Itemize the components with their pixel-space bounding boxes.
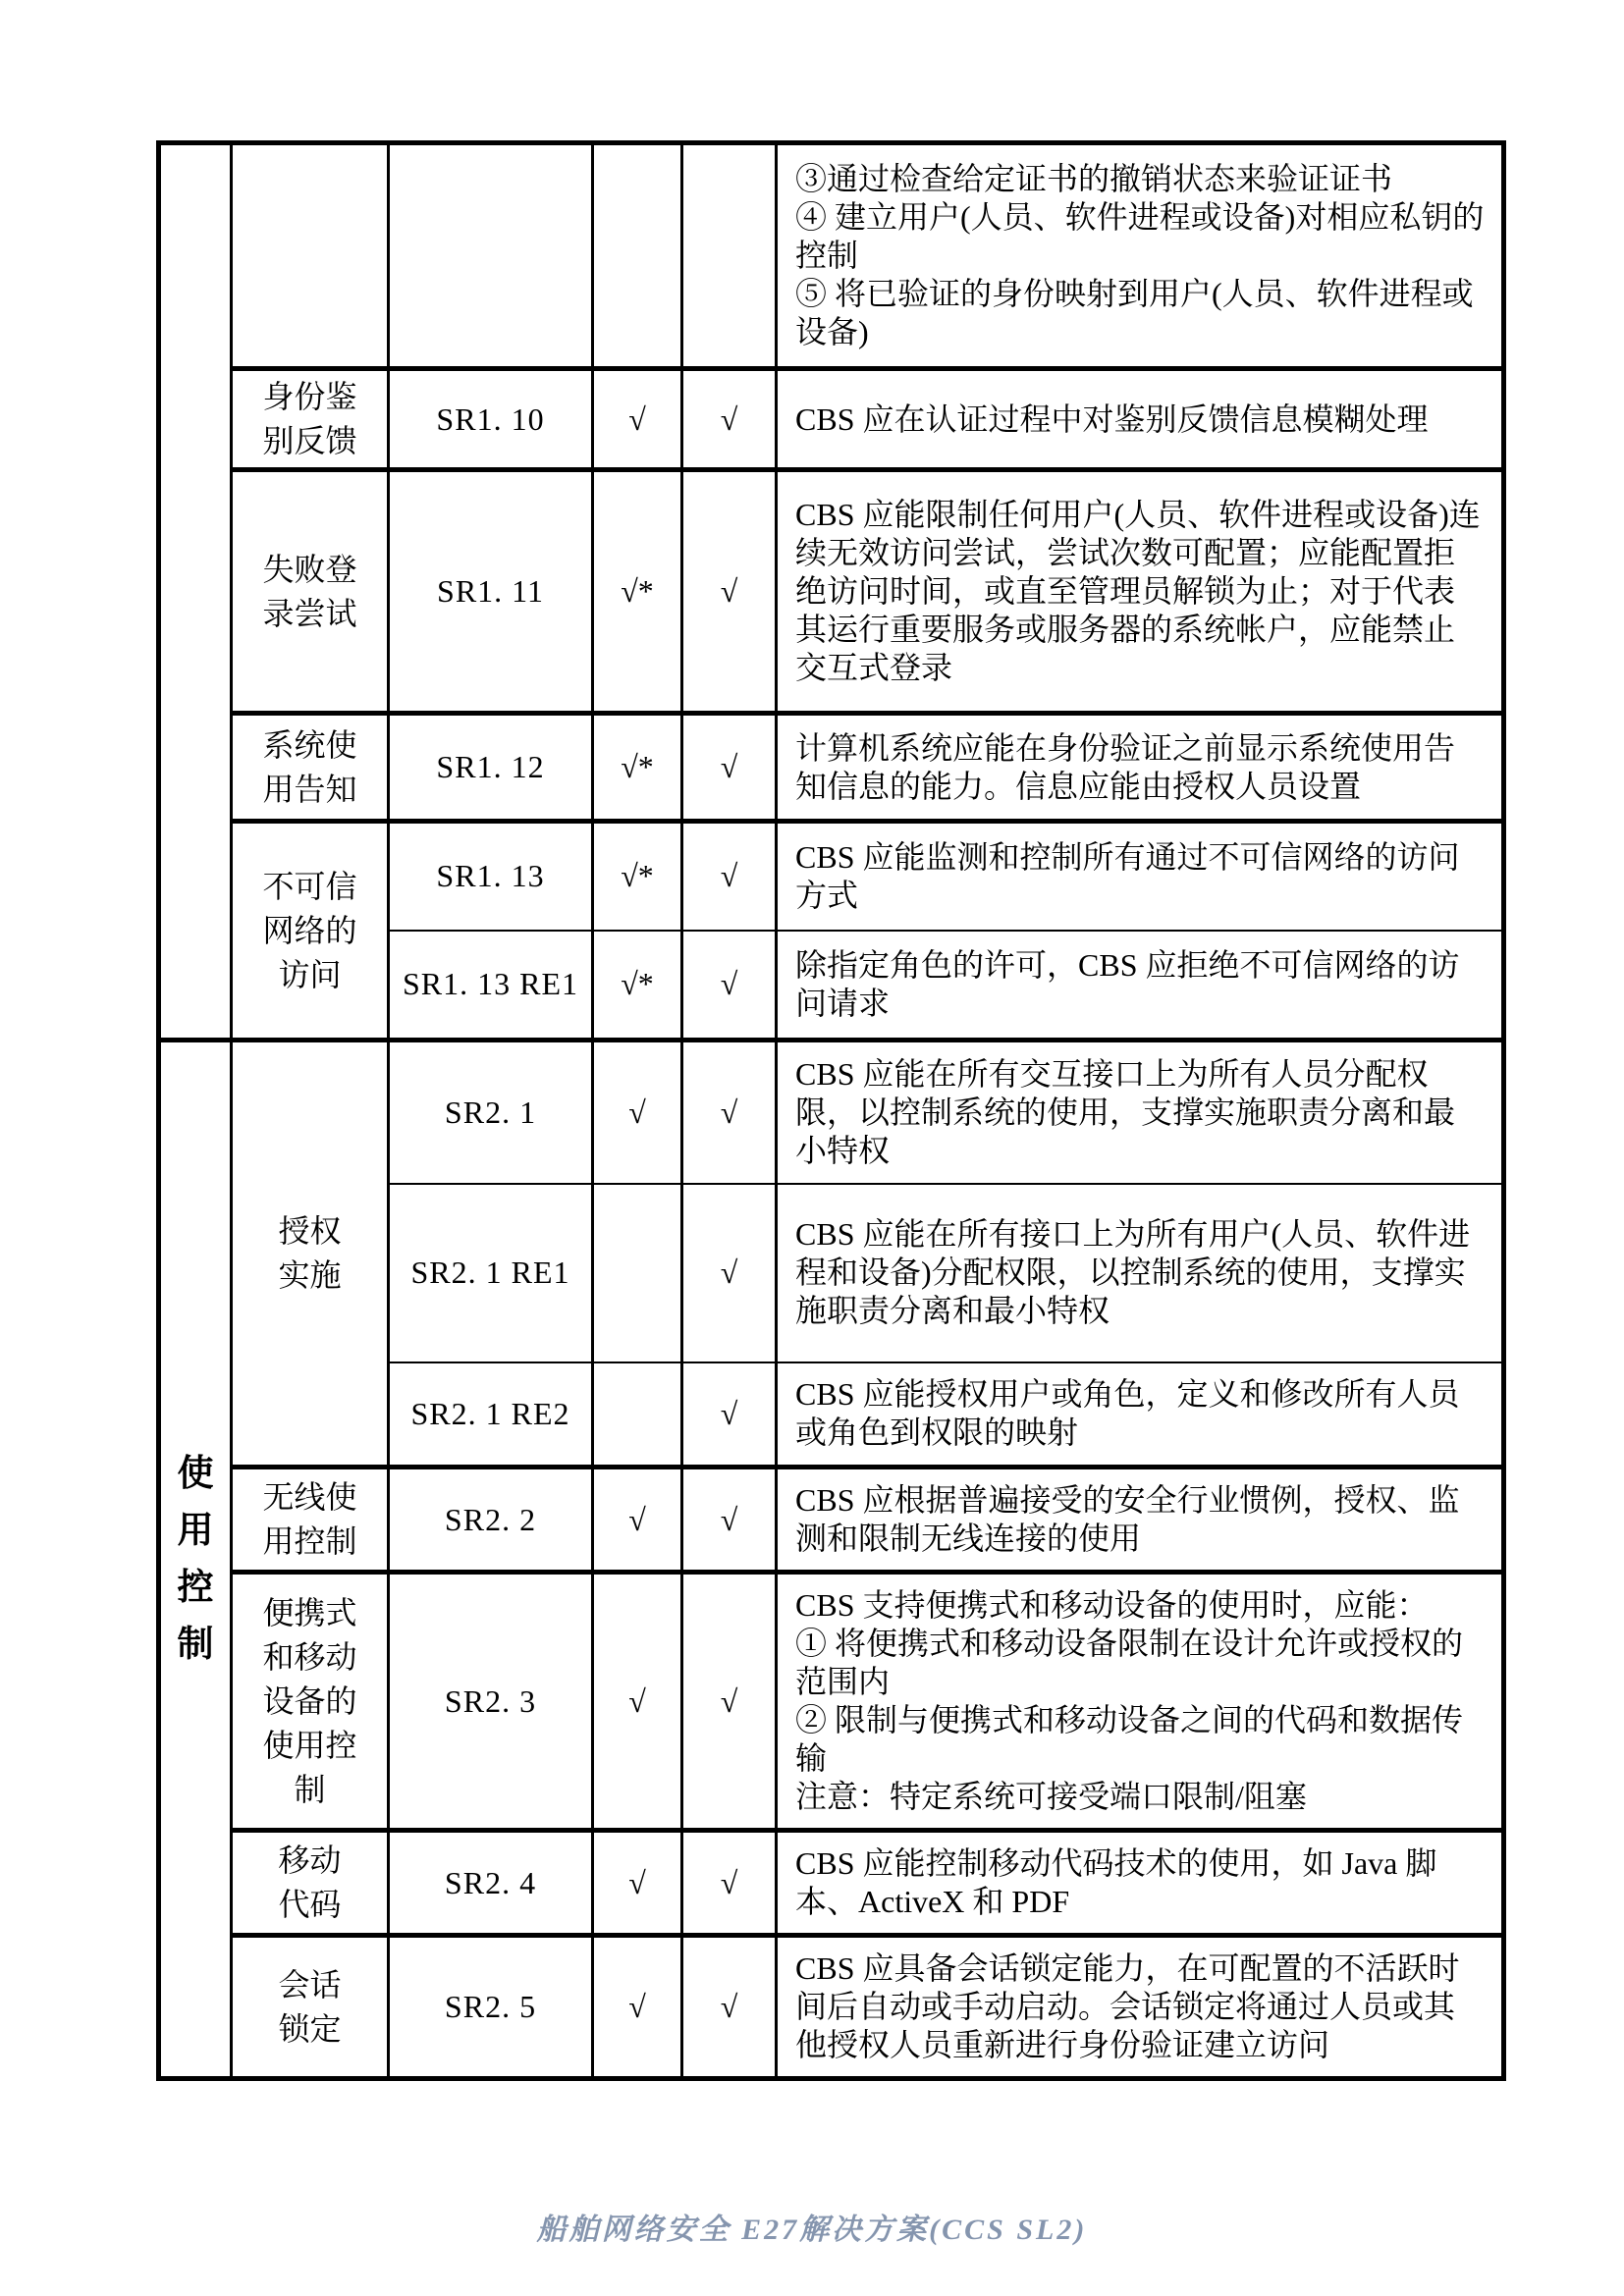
category-cell [159,143,232,1041]
check-cell-1 [593,1362,682,1468]
check-cell-1: √* [593,714,682,822]
table-row: 移动 代码 SR2. 4 √ √ CBS 应能控制移动代码技术的使用，如 Jav… [159,1831,1504,1936]
subcategory-cell: 会话 锁定 [232,1936,389,2079]
check-cell-2: √ [682,1362,777,1468]
check-cell-2: √ [682,931,777,1041]
check-cell-2: √ [682,1468,777,1573]
description-cell: CBS 应能在所有交互接口上为所有人员分配权限，以控制系统的使用，支撑实施职责分… [777,1041,1504,1184]
check-cell-2: √ [682,1041,777,1184]
sr-number-cell: SR1. 12 [389,714,593,822]
check-cell-1: √ [593,1936,682,2079]
table-row: 无线使 用控制 SR2. 2 √ √ CBS 应根据普遍接受的安全行业惯例，授权… [159,1468,1504,1573]
check-cell-1: √ [593,1573,682,1831]
table-row: 身份鉴 别反馈 SR1. 10 √ √ CBS 应在认证过程中对鉴别反馈信息模糊… [159,369,1504,470]
check-cell-2 [682,143,777,369]
check-cell-2: √ [682,1573,777,1831]
sr-number-cell: SR1. 11 [389,470,593,714]
table-row: 使用控制 授权 实施 SR2. 1 √ √ CBS 应能在所有交互接口上为所有人… [159,1041,1504,1184]
description-cell: CBS 应能授权用户或角色，定义和修改所有人员或角色到权限的映射 [777,1362,1504,1468]
check-cell-1: √ [593,369,682,470]
table-row: 会话 锁定 SR2. 5 √ √ CBS 应具备会话锁定能力，在可配置的不活跃时… [159,1936,1504,2079]
check-cell-2: √ [682,1831,777,1936]
check-cell-1: √ [593,1041,682,1184]
description-cell: CBS 支持便携式和移动设备的使用时，应能： ① 将便携式和移动设备限制在设计允… [777,1573,1504,1831]
description-cell: CBS 应能监测和控制所有通过不可信网络的访问方式 [777,822,1504,931]
sr-number-cell: SR2. 1 RE2 [389,1362,593,1468]
description-cell: CBS 应能控制移动代码技术的使用，如 Java 脚本、ActiveX 和 PD… [777,1831,1504,1936]
check-cell-1: √* [593,470,682,714]
description-cell: CBS 应在认证过程中对鉴别反馈信息模糊处理 [777,369,1504,470]
subcategory-cell: 不可信 网络的 访问 [232,822,389,1041]
subcategory-cell: 便携式 和移动 设备的 使用控 制 [232,1573,389,1831]
sr-number-cell: SR1. 13 [389,822,593,931]
check-cell-1: √* [593,822,682,931]
check-cell-2: √ [682,470,777,714]
category-cell: 使用控制 [159,1041,232,2079]
document-page: ③通过检查给定证书的撤销状态来验证证书 ④ 建立用户(人员、软件进程或设备)对相… [0,0,1624,2296]
description-cell: CBS 应根据普遍接受的安全行业惯例，授权、监测和限制无线连接的使用 [777,1468,1504,1573]
sr-number-cell: SR2. 3 [389,1573,593,1831]
table-row: ③通过检查给定证书的撤销状态来验证证书 ④ 建立用户(人员、软件进程或设备)对相… [159,143,1504,369]
description-cell: CBS 应能限制任何用户(人员、软件进程或设备)连续无效访问尝试，尝试次数可配置… [777,470,1504,714]
sr-number-cell [389,143,593,369]
subcategory-cell [232,143,389,369]
table-row: 系统使 用告知 SR1. 12 √* √ 计算机系统应能在身份验证之前显示系统使… [159,714,1504,822]
check-cell-2: √ [682,822,777,931]
sr-number-cell: SR2. 4 [389,1831,593,1936]
sr-number-cell: SR2. 1 [389,1041,593,1184]
subcategory-cell: 系统使 用告知 [232,714,389,822]
table-row: 失败登 录尝试 SR1. 11 √* √ CBS 应能限制任何用户(人员、软件进… [159,470,1504,714]
check-cell-1: √* [593,931,682,1041]
sr-number-cell: SR1. 13 RE1 [389,931,593,1041]
check-cell-2: √ [682,369,777,470]
check-cell-1: √ [593,1468,682,1573]
table-row: 不可信 网络的 访问 SR1. 13 √* √ CBS 应能监测和控制所有通过不… [159,822,1504,931]
check-cell-1: √ [593,1831,682,1936]
check-cell-1 [593,1184,682,1362]
page-footer: 船舶网络安全 E27解决方案(CCS SL2) [0,2205,1624,2248]
table-row: 便携式 和移动 设备的 使用控 制 SR2. 3 √ √ CBS 支持便携式和移… [159,1573,1504,1831]
subcategory-cell: 失败登 录尝试 [232,470,389,714]
subcategory-cell: 移动 代码 [232,1831,389,1936]
description-cell: ③通过检查给定证书的撤销状态来验证证书 ④ 建立用户(人员、软件进程或设备)对相… [777,143,1504,369]
sr-number-cell: SR1. 10 [389,369,593,470]
sr-number-cell: SR2. 5 [389,1936,593,2079]
description-cell: 除指定角色的许可，CBS 应拒绝不可信网络的访问请求 [777,931,1504,1041]
subcategory-cell: 授权 实施 [232,1041,389,1468]
check-cell-2: √ [682,714,777,822]
sr-number-cell: SR2. 2 [389,1468,593,1573]
check-cell-2: √ [682,1184,777,1362]
sr-number-cell: SR2. 1 RE1 [389,1184,593,1362]
subcategory-cell: 无线使 用控制 [232,1468,389,1573]
description-cell: 计算机系统应能在身份验证之前显示系统使用告知信息的能力。信息应能由授权人员设置 [777,714,1504,822]
description-cell: CBS 应具备会话锁定能力，在可配置的不活跃时间后自动或手动启动。会话锁定将通过… [777,1936,1504,2079]
requirements-table: ③通过检查给定证书的撤销状态来验证证书 ④ 建立用户(人员、软件进程或设备)对相… [156,140,1506,2081]
subcategory-cell: 身份鉴 别反馈 [232,369,389,470]
description-cell: CBS 应能在所有接口上为所有用户(人员、软件进程和设备)分配权限，以控制系统的… [777,1184,1504,1362]
check-cell-1 [593,143,682,369]
check-cell-2: √ [682,1936,777,2079]
